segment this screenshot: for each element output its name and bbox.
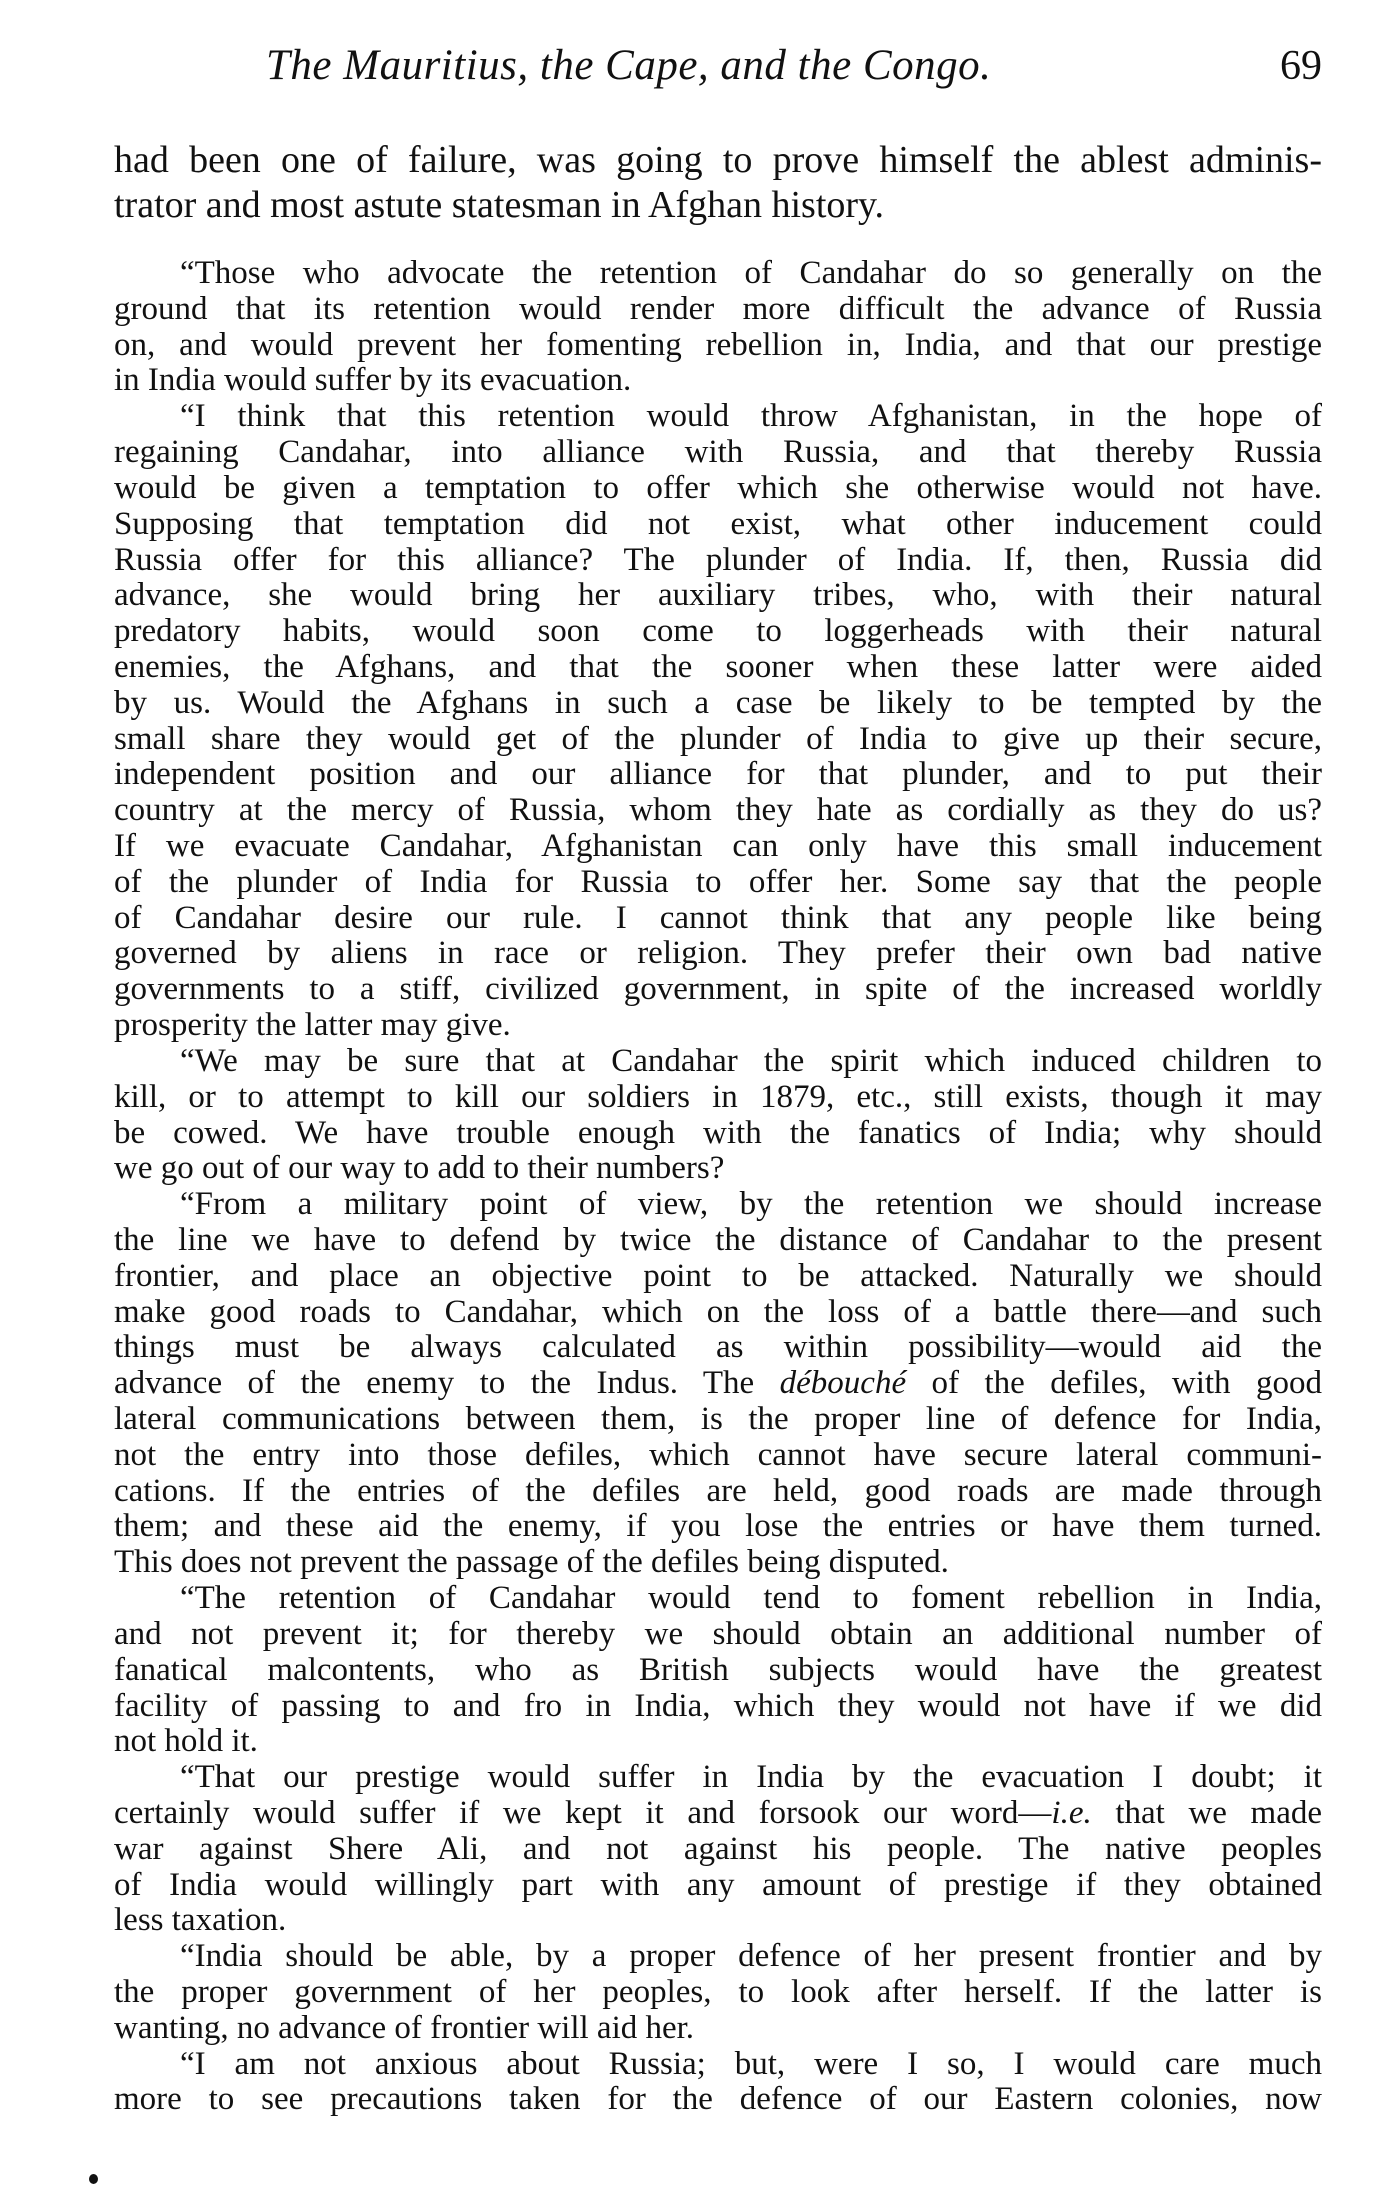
paragraph: “We may be sure that at Candahar the spi… [114, 1044, 1322, 1187]
text-line: advance of the enemy to the Indus. The d… [114, 1366, 1322, 1402]
text-line: certainly would suffer if we kept it and… [114, 1796, 1322, 1832]
text-line: Russia offer for this alliance? The plun… [114, 543, 1322, 579]
text-line: would be given a temptation to offer whi… [114, 471, 1322, 507]
text-line: trator and most astute statesman in Afgh… [114, 183, 1322, 228]
text-line: If we evacuate Candahar, Afghanistan can… [114, 829, 1322, 865]
text-line: of the plunder of India for Russia to of… [114, 865, 1322, 901]
text-run: that we made [1092, 1796, 1322, 1831]
text-line: more to see precautions taken for the de… [114, 2082, 1322, 2118]
text-line: things must be always calculated as with… [114, 1330, 1322, 1366]
page-number: 69 [1280, 38, 1322, 94]
text-line: not hold it. [114, 1724, 1322, 1760]
text-line: “The retention of Candahar would tend to… [114, 1581, 1322, 1617]
italic-abbreviation: i.e. [1051, 1796, 1091, 1831]
text-line: kill, or to attempt to kill our soldiers… [114, 1080, 1322, 1116]
text-line: and not prevent it; for thereby we shoul… [114, 1617, 1322, 1653]
text-line: frontier, and place an objective point t… [114, 1259, 1322, 1295]
text-run: of the defiles, with good [906, 1366, 1322, 1401]
text-line: “We may be sure that at Candahar the spi… [114, 1044, 1322, 1080]
intro-paragraph: had been one of failure, was going to pr… [114, 138, 1322, 228]
text-line: of India would willingly part with any a… [114, 1868, 1322, 1904]
quoted-letter: “Those who advocate the retention of Can… [114, 256, 1322, 2118]
text-line: ground that its retention would render m… [114, 292, 1322, 328]
text-line: This does not prevent the passage of the… [114, 1545, 1322, 1581]
text-line: the proper government of her peoples, to… [114, 1975, 1322, 2011]
text-line: wanting, no advance of frontier will aid… [114, 2011, 1322, 2047]
text-line: make good roads to Candahar, which on th… [114, 1295, 1322, 1331]
text-line: “India should be able, by a proper defen… [114, 1939, 1322, 1975]
text-line: on, and would prevent her fomenting rebe… [114, 328, 1322, 364]
text-line: be cowed. We have trouble enough with th… [114, 1116, 1322, 1152]
text-line: prosperity the latter may give. [114, 1008, 1322, 1044]
italic-term: débouché [780, 1366, 906, 1401]
text-line: less taxation. [114, 1903, 1322, 1939]
text-line: governed by aliens in race or religion. … [114, 936, 1322, 972]
text-line: lateral communications between them, is … [114, 1402, 1322, 1438]
text-line: had been one of failure, was going to pr… [114, 138, 1322, 183]
paragraph: “The retention of Candahar would tend to… [114, 1581, 1322, 1760]
text-line: them; and these aid the enemy, if you lo… [114, 1509, 1322, 1545]
running-title: The Mauritius, the Cape, and the Congo. [266, 38, 991, 94]
text-run: certainly would suffer if we kept it and… [114, 1796, 1051, 1831]
text-run: advance of the enemy to the Indus. The [114, 1366, 780, 1401]
text-line: Supposing that temptation did not exist,… [114, 507, 1322, 543]
text-line: governments to a stiff, civilized govern… [114, 972, 1322, 1008]
paragraph: “From a military point of view, by the r… [114, 1187, 1322, 1581]
text-line: “That our prestige would suffer in India… [114, 1760, 1322, 1796]
text-line: advance, she would bring her auxiliary t… [114, 578, 1322, 614]
paragraph: “I think that this retention would throw… [114, 399, 1322, 1044]
text-line: cations. If the entries of the defiles a… [114, 1474, 1322, 1510]
paragraph: “I am not anxious about Russia; but, wer… [114, 2047, 1322, 2119]
book-page: The Mauritius, the Cape, and the Congo. … [0, 0, 1395, 2187]
paragraph: “India should be able, by a proper defen… [114, 1939, 1322, 2046]
text-line: the line we have to defend by twice the … [114, 1223, 1322, 1259]
text-line: independent position and our alliance fo… [114, 757, 1322, 793]
text-line: “Those who advocate the retention of Can… [114, 256, 1322, 292]
text-line: not the entry into those defiles, which … [114, 1438, 1322, 1474]
text-line: by us. Would the Afghans in such a case … [114, 686, 1322, 722]
text-line: we go out of our way to add to their num… [114, 1151, 1322, 1187]
paragraph: “Those who advocate the retention of Can… [114, 256, 1322, 399]
text-line: facility of passing to and fro in India,… [114, 1689, 1322, 1725]
text-line: in India would suffer by its evacuation. [114, 363, 1322, 399]
text-line: enemies, the Afghans, and that the soone… [114, 650, 1322, 686]
text-line: of Candahar desire our rule. I cannot th… [114, 901, 1322, 937]
text-line: “I think that this retention would throw… [114, 399, 1322, 435]
text-line: country at the mercy of Russia, whom the… [114, 793, 1322, 829]
text-line: regaining Candahar, into alliance with R… [114, 435, 1322, 471]
text-line: small share they would get of the plunde… [114, 722, 1322, 758]
print-speck [89, 2174, 98, 2184]
text-line: “I am not anxious about Russia; but, wer… [114, 2047, 1322, 2083]
text-line: “From a military point of view, by the r… [114, 1187, 1322, 1223]
text-line: predatory habits, would soon come to log… [114, 614, 1322, 650]
paragraph: “That our prestige would suffer in India… [114, 1760, 1322, 1939]
running-head: The Mauritius, the Cape, and the Congo. … [266, 38, 1322, 94]
text-line: war against Shere Ali, and not against h… [114, 1832, 1322, 1868]
text-line: fanatical malcontents, who as British su… [114, 1653, 1322, 1689]
